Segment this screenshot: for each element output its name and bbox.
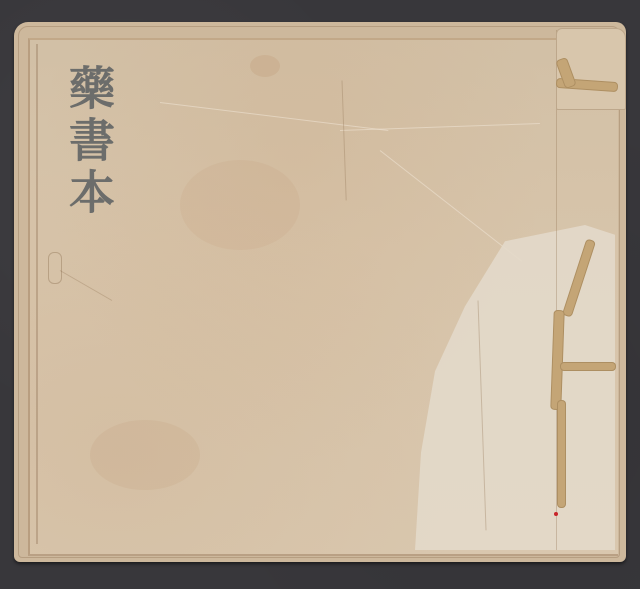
- stain: [180, 160, 300, 250]
- stain: [90, 420, 200, 490]
- book-title: 藥書本: [58, 64, 118, 220]
- red-mark: [554, 512, 558, 516]
- binding-thread-vertical: [557, 400, 566, 508]
- stain: [250, 55, 280, 77]
- binding-thread-horizontal: [560, 362, 616, 371]
- faint-ink-mark: [48, 252, 62, 284]
- cover-edge-line: [36, 44, 38, 544]
